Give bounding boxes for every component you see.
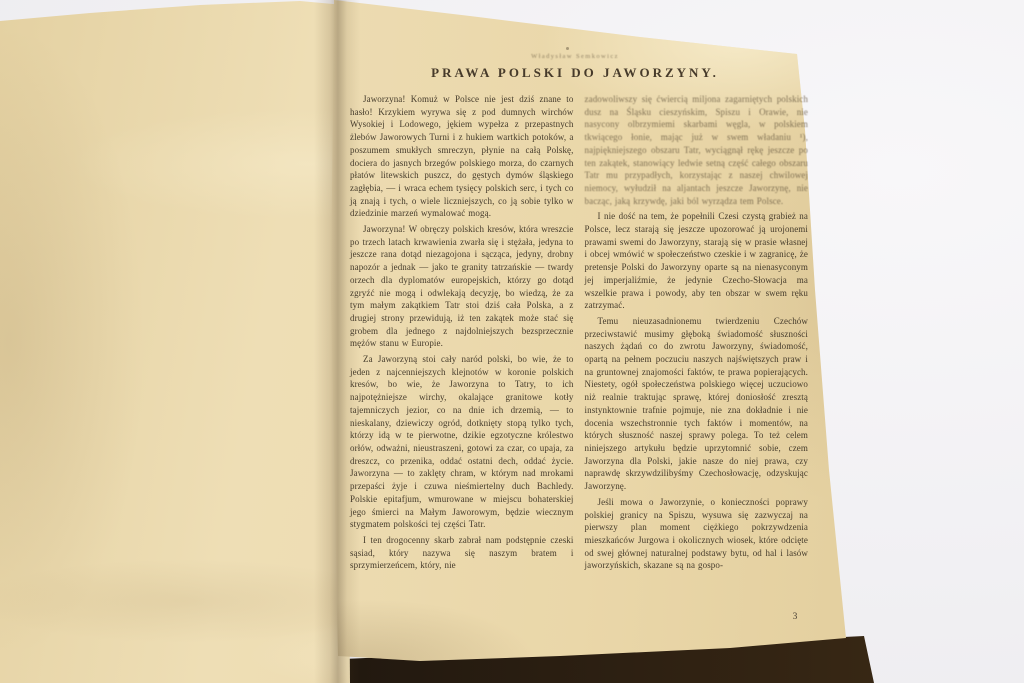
paragraph: Temu nieuzasadnionemu twierdzeniu Czechó… <box>585 315 809 493</box>
paragraph: Jeśli mowa o Jaworzynie, o konieczności … <box>585 496 809 572</box>
section-mark-ornament <box>566 47 569 50</box>
author-line: Władysław Semkowicz <box>345 53 805 60</box>
text-columns: Jaworzyna! Komuż w Polsce nie jest dziś … <box>350 93 808 575</box>
paragraph: I ten drogocenny skarb zabrał nam podstę… <box>350 534 574 572</box>
text-column-right: zadowoliwszy się ćwiercią miljona zagarn… <box>585 93 809 575</box>
page-content: Władysław Semkowicz PRAWA POLSKI DO JAWO… <box>0 0 1024 683</box>
paragraph: Za Jaworzyną stoi cały naród polski, bo … <box>350 353 574 531</box>
paragraph: I nie dość na tem, że popełnili Czesi cz… <box>585 210 809 312</box>
paragraph: zadowoliwszy się ćwiercią miljona zagarn… <box>585 93 809 207</box>
page-number: 3 <box>780 612 810 622</box>
article-title: PRAWA POLSKI DO JAWORZYNY. <box>345 65 805 81</box>
book-photo: Władysław Semkowicz PRAWA POLSKI DO JAWO… <box>0 0 1024 683</box>
paragraph: Jaworzyna! W obręczy polskich kresów, kt… <box>350 223 574 350</box>
text-column-left: Jaworzyna! Komuż w Polsce nie jest dziś … <box>350 93 574 575</box>
paragraph: Jaworzyna! Komuż w Polsce nie jest dziś … <box>350 93 574 220</box>
